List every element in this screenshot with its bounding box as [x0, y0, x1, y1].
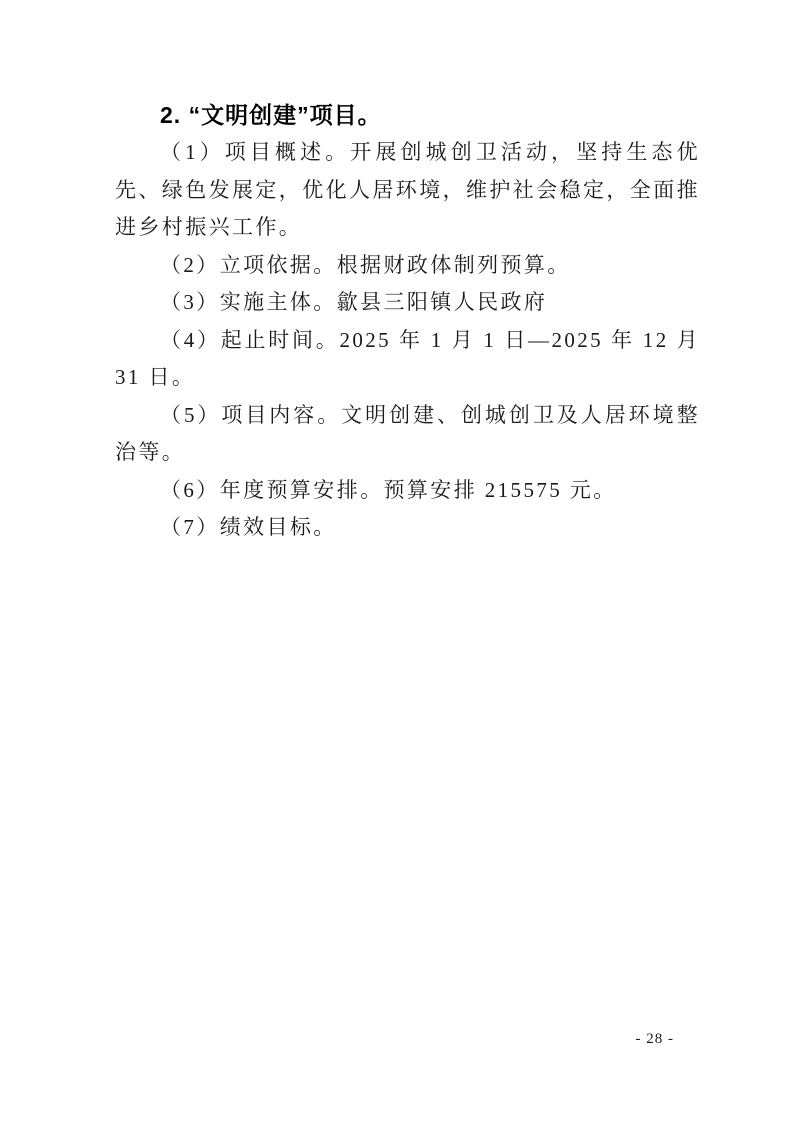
paragraph-performance-target: （7）绩效目标。: [115, 509, 700, 547]
paragraph-project-content: （5）项目内容。文明创建、创城创卫及人居环境整治等。: [115, 397, 700, 472]
section-heading: 2. “文明创建”项目。: [115, 96, 700, 134]
document-body: 2. “文明创建”项目。 （1）项目概述。开展创城创卫活动，坚持生态优先、绿色发…: [115, 96, 700, 547]
paragraph-implementing-entity: （3）实施主体。歙县三阳镇人民政府: [115, 284, 700, 322]
paragraph-project-basis: （2）立项依据。根据财政体制列预算。: [115, 247, 700, 285]
paragraph-annual-budget: （6）年度预算安排。预算安排 215575 元。: [115, 472, 700, 510]
paragraph-project-overview: （1）项目概述。开展创城创卫活动，坚持生态优先、绿色发展定，优化人居环境，维护社…: [115, 134, 700, 247]
paragraph-project-duration: （4）起止时间。2025 年 1 月 1 日—2025 年 12 月 31 日。: [115, 322, 700, 397]
document-page: 2. “文明创建”项目。 （1）项目概述。开展创城创卫活动，坚持生态优先、绿色发…: [0, 0, 794, 1123]
page-number: - 28 -: [636, 1029, 675, 1049]
